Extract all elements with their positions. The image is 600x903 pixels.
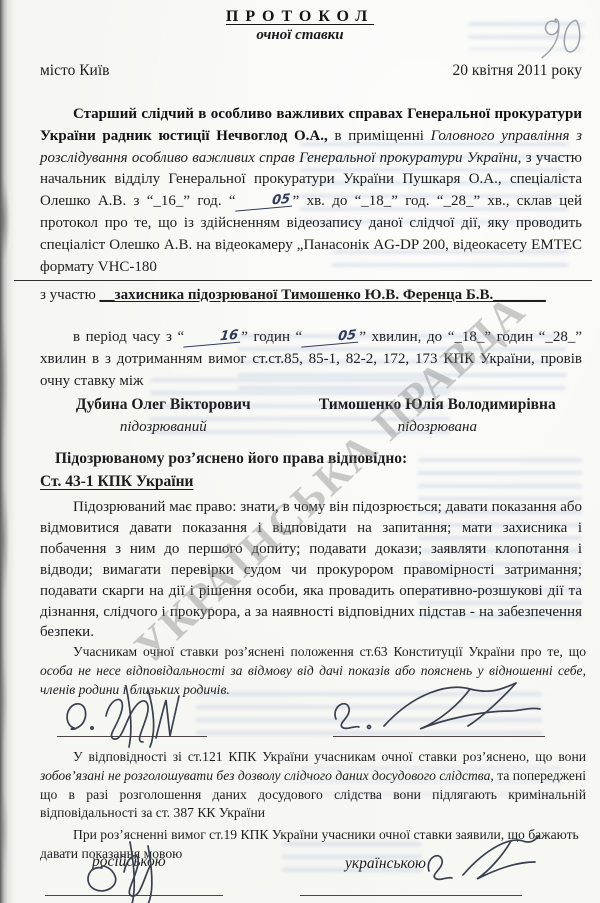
suspect-right-role: підозрювана — [287, 419, 588, 436]
intro-paragraph: Старший слідчий в особливо важливих спра… — [40, 104, 582, 278]
signature-bottom-right — [415, 833, 541, 889]
rights-body: Підозрюваний має право: знати, в чому ві… — [40, 497, 582, 643]
suspect-left-name: Дубина Олег Вікторович — [40, 396, 287, 414]
suspect-right-name: Тимошенко Юлія Володимирівна — [287, 396, 588, 414]
handwritten-minutes: 05 — [301, 328, 360, 347]
date: 20 квітня 2011 року — [453, 62, 582, 80]
meta-row: місто Київ 20 квітня 2011 року — [40, 62, 582, 80]
signature-right — [318, 681, 550, 735]
signature-left — [58, 684, 210, 748]
handwritten-hours: 16 — [183, 328, 242, 347]
participation-prefix: з участю — [40, 287, 100, 303]
period-text: в період часу з “ — [73, 329, 184, 345]
handwritten-minutes: 05 — [235, 193, 294, 212]
party-suspect-left: Дубина Олег Вікторович підозрюваний — [40, 396, 287, 436]
rights-heading: Підозрюваному роз’яснено його права відп… — [55, 450, 407, 468]
defender-name: __захисника підозрюваної Тимошенко Ю.В. … — [100, 287, 546, 303]
scan-edge-shadow — [0, 0, 14, 903]
participation-line: з участю __захисника підозрюваної Тимоше… — [40, 287, 588, 304]
secrecy-lead: У відповідності зі ст.121 КПК України уч… — [73, 749, 586, 764]
handwritten-page-number — [533, 11, 589, 67]
parties-row: Дубина Олег Вікторович підозрюваний Тимо… — [40, 396, 588, 436]
scanned-protocol-page: ПРОТОКОЛ очної ставки місто Київ 20 квіт… — [0, 0, 600, 903]
suspect-left-role: підозрюваний — [40, 419, 287, 436]
signature-bottom-left — [70, 838, 188, 903]
city: місто Київ — [40, 62, 109, 80]
document-header: ПРОТОКОЛ очної ставки — [0, 8, 600, 44]
period-text: ” годин “ — [241, 329, 302, 345]
language-right: українською — [345, 855, 426, 873]
party-suspect-right: Тимошенко Юлія Володимирівна підозрювана — [287, 396, 588, 436]
signature-line-bottom-right — [300, 895, 522, 896]
document-title: ПРОТОКОЛ — [226, 8, 374, 26]
document-subtitle: очної ставки — [0, 27, 600, 44]
intro-text: в приміщенні — [328, 128, 431, 144]
secrecy-italic: зобов’язані не розголошувати без дозволу… — [40, 768, 494, 783]
rights-article: Ст. 43-1 КПК України — [40, 473, 193, 491]
separator-line — [14, 280, 592, 281]
signature-line-right — [333, 736, 545, 737]
constitution-lead: Учасникам очної ставки роз’яснені положе… — [73, 644, 586, 659]
secrecy-paragraph: У відповідності зі ст.121 КПК України уч… — [40, 748, 586, 823]
period-paragraph: в період часу з “16” годин “05” хвилин, … — [40, 327, 582, 392]
